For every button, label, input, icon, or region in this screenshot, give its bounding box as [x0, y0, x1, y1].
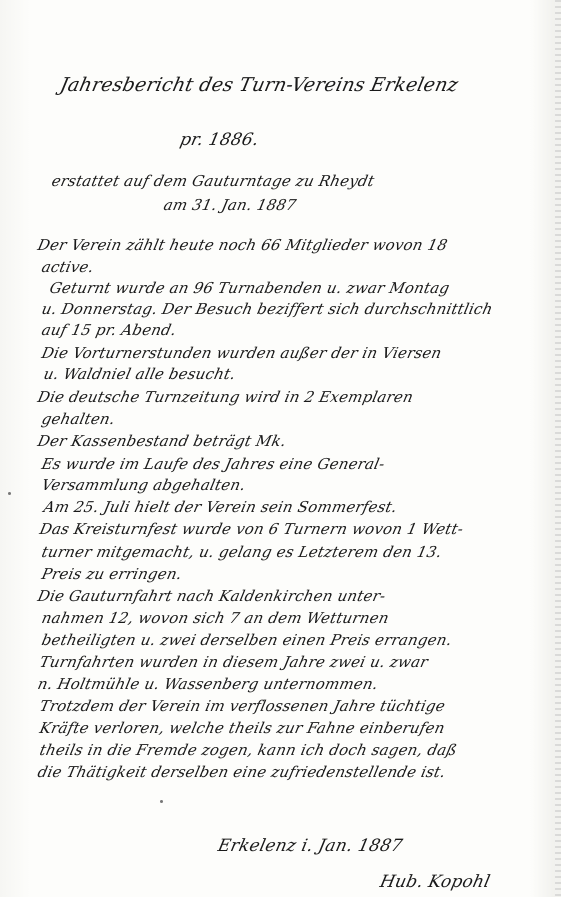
- body-line: Der Verein zählt heute noch 66 Mitgliede…: [36, 236, 449, 254]
- body-line: Preis zu erringen.: [40, 565, 184, 583]
- subtitle-line-1: erstattet auf dem Gauturntage zu Rheydt: [50, 172, 376, 190]
- body-line: u. Donnerstag. Der Besuch beziffert sich…: [40, 300, 494, 318]
- paper-speck: [8, 492, 11, 495]
- body-line: Die Gauturnfahrt nach Kaldenkirchen unte…: [36, 587, 387, 605]
- signature: Hub. Kopohl: [378, 872, 492, 892]
- body-line: turner mitgemacht, u. gelang es Letztere…: [40, 543, 444, 561]
- body-line: Turnfahrten wurden in diesem Jahre zwei …: [38, 653, 430, 671]
- body-line: active.: [40, 258, 96, 276]
- closing-place-date: Erkelenz i. Jan. 1887: [216, 836, 404, 856]
- document-page: Jahresbericht des Turn-Vereins Erkelenz …: [0, 0, 561, 897]
- body-line: Der Kassenbestand beträgt Mk.: [36, 432, 288, 450]
- body-line: Das Kreisturnfest wurde von 6 Turnern wo…: [38, 520, 465, 538]
- signature-text: Hub. Kopohl: [378, 872, 492, 892]
- body-line: betheiligten u. zwei derselben einen Pre…: [40, 631, 454, 649]
- scan-edge: [555, 0, 561, 897]
- body-line: theils in die Fremde zogen, kann ich doc…: [38, 741, 459, 759]
- body-line: Trotzdem der Verein im verflossenen Jahr…: [38, 697, 447, 715]
- body-line: u. Waldniel alle besucht.: [42, 365, 237, 383]
- body-line: nahmen 12, wovon sich 7 an dem Wetturnen: [40, 609, 391, 627]
- body-line: Die deutsche Turnzeitung wird in 2 Exemp…: [36, 388, 415, 406]
- document-title: Jahresbericht des Turn-Vereins Erkelenz: [58, 74, 460, 96]
- paper-speck: [160, 800, 163, 803]
- body-line: n. Holtmühle u. Wassenberg unternommen.: [36, 675, 380, 693]
- report-year: pr. 1886.: [178, 130, 261, 150]
- subtitle-line-2: am 31. Jan. 1887: [162, 196, 298, 214]
- body-line: Die Vorturnerstunden wurden außer der in…: [40, 344, 443, 362]
- body-line: Am 25. Juli hielt der Verein sein Sommer…: [42, 498, 399, 516]
- body-line: die Thätigkeit derselben eine zufriedens…: [36, 763, 447, 781]
- body-line: Kräfte verloren, welche theils zur Fahne…: [38, 719, 447, 737]
- body-line: Geturnt wurde an 96 Turnabenden u. zwar …: [48, 279, 451, 297]
- body-line: gehalten.: [40, 410, 117, 428]
- body-line: Versammlung abgehalten.: [40, 476, 247, 494]
- body-line: Es wurde im Laufe des Jahres eine Genera…: [40, 455, 387, 473]
- body-line: auf 15 pr. Abend.: [40, 321, 178, 339]
